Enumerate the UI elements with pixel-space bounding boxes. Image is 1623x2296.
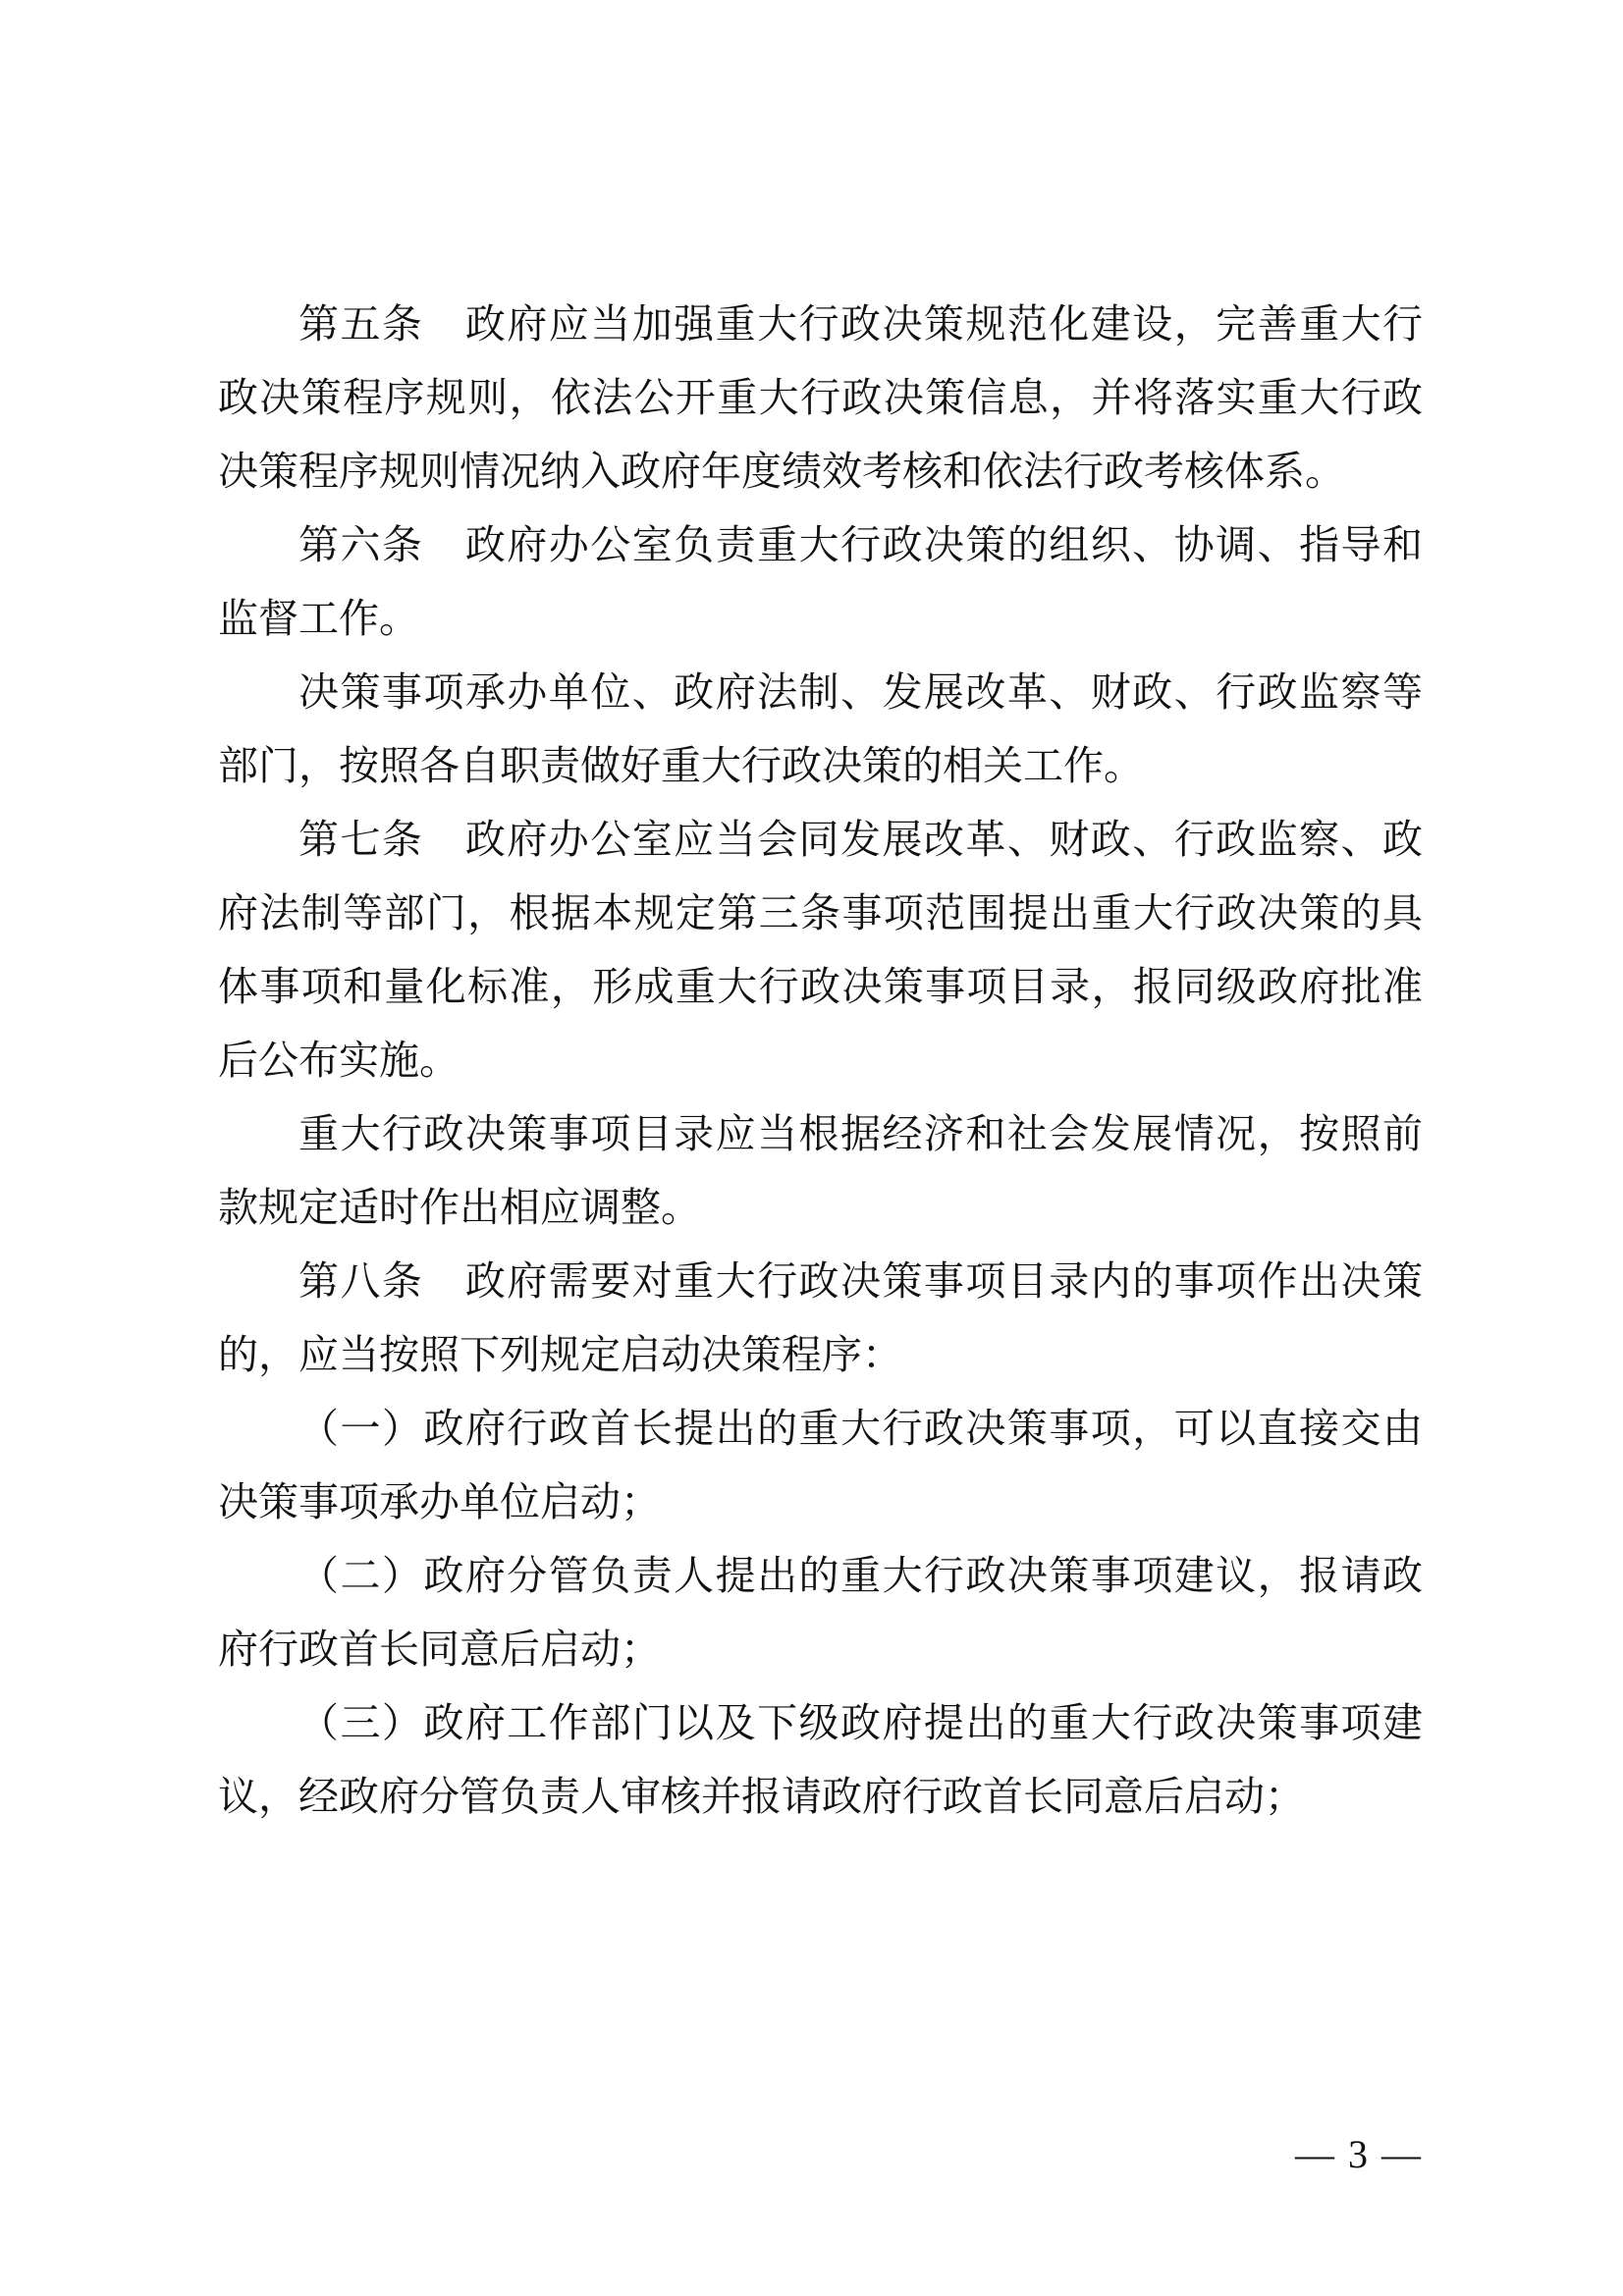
paragraph-article-5: 第五条 政府应当加强重大行政决策规范化建设，完善重大行政决策程序规则，依法公开重… <box>218 288 1423 508</box>
document-body: 第五条 政府应当加强重大行政决策规范化建设，完善重大行政决策程序规则，依法公开重… <box>218 288 1423 1834</box>
page-number: — 3 — <box>1295 2132 1423 2177</box>
paragraph-article-8: 第八条 政府需要对重大行政决策事项目录内的事项作出决策的，应当按照下列规定启动决… <box>218 1245 1423 1392</box>
list-item-1: （一）政府行政首长提出的重大行政决策事项，可以直接交由决策事项承办单位启动； <box>218 1392 1423 1539</box>
paragraph-article-6: 第六条 政府办公室负责重大行政决策的组织、协调、指导和监督工作。 <box>218 508 1423 656</box>
paragraph-article-7: 第七条 政府办公室应当会同发展改革、财政、行政监察、政府法制等部门，根据本规定第… <box>218 803 1423 1097</box>
scanned-document-page: { "document": { "text_color": "#111111",… <box>0 0 1623 2296</box>
list-item-2: （二）政府分管负责人提出的重大行政决策事项建议，报请政府行政首长同意后启动； <box>218 1539 1423 1686</box>
page: 第五条 政府应当加强重大行政决策规范化建设，完善重大行政决策程序规则，依法公开重… <box>0 0 1623 2296</box>
list-item-3: （三）政府工作部门以及下级政府提出的重大行政决策事项建议，经政府分管负责人审核并… <box>218 1686 1423 1834</box>
paragraph-article-6-continuation: 决策事项承办单位、政府法制、发展改革、财政、行政监察等部门，按照各自职责做好重大… <box>218 656 1423 803</box>
paragraph-article-7-continuation: 重大行政决策事项目录应当根据经济和社会发展情况，按照前款规定适时作出相应调整。 <box>218 1097 1423 1245</box>
